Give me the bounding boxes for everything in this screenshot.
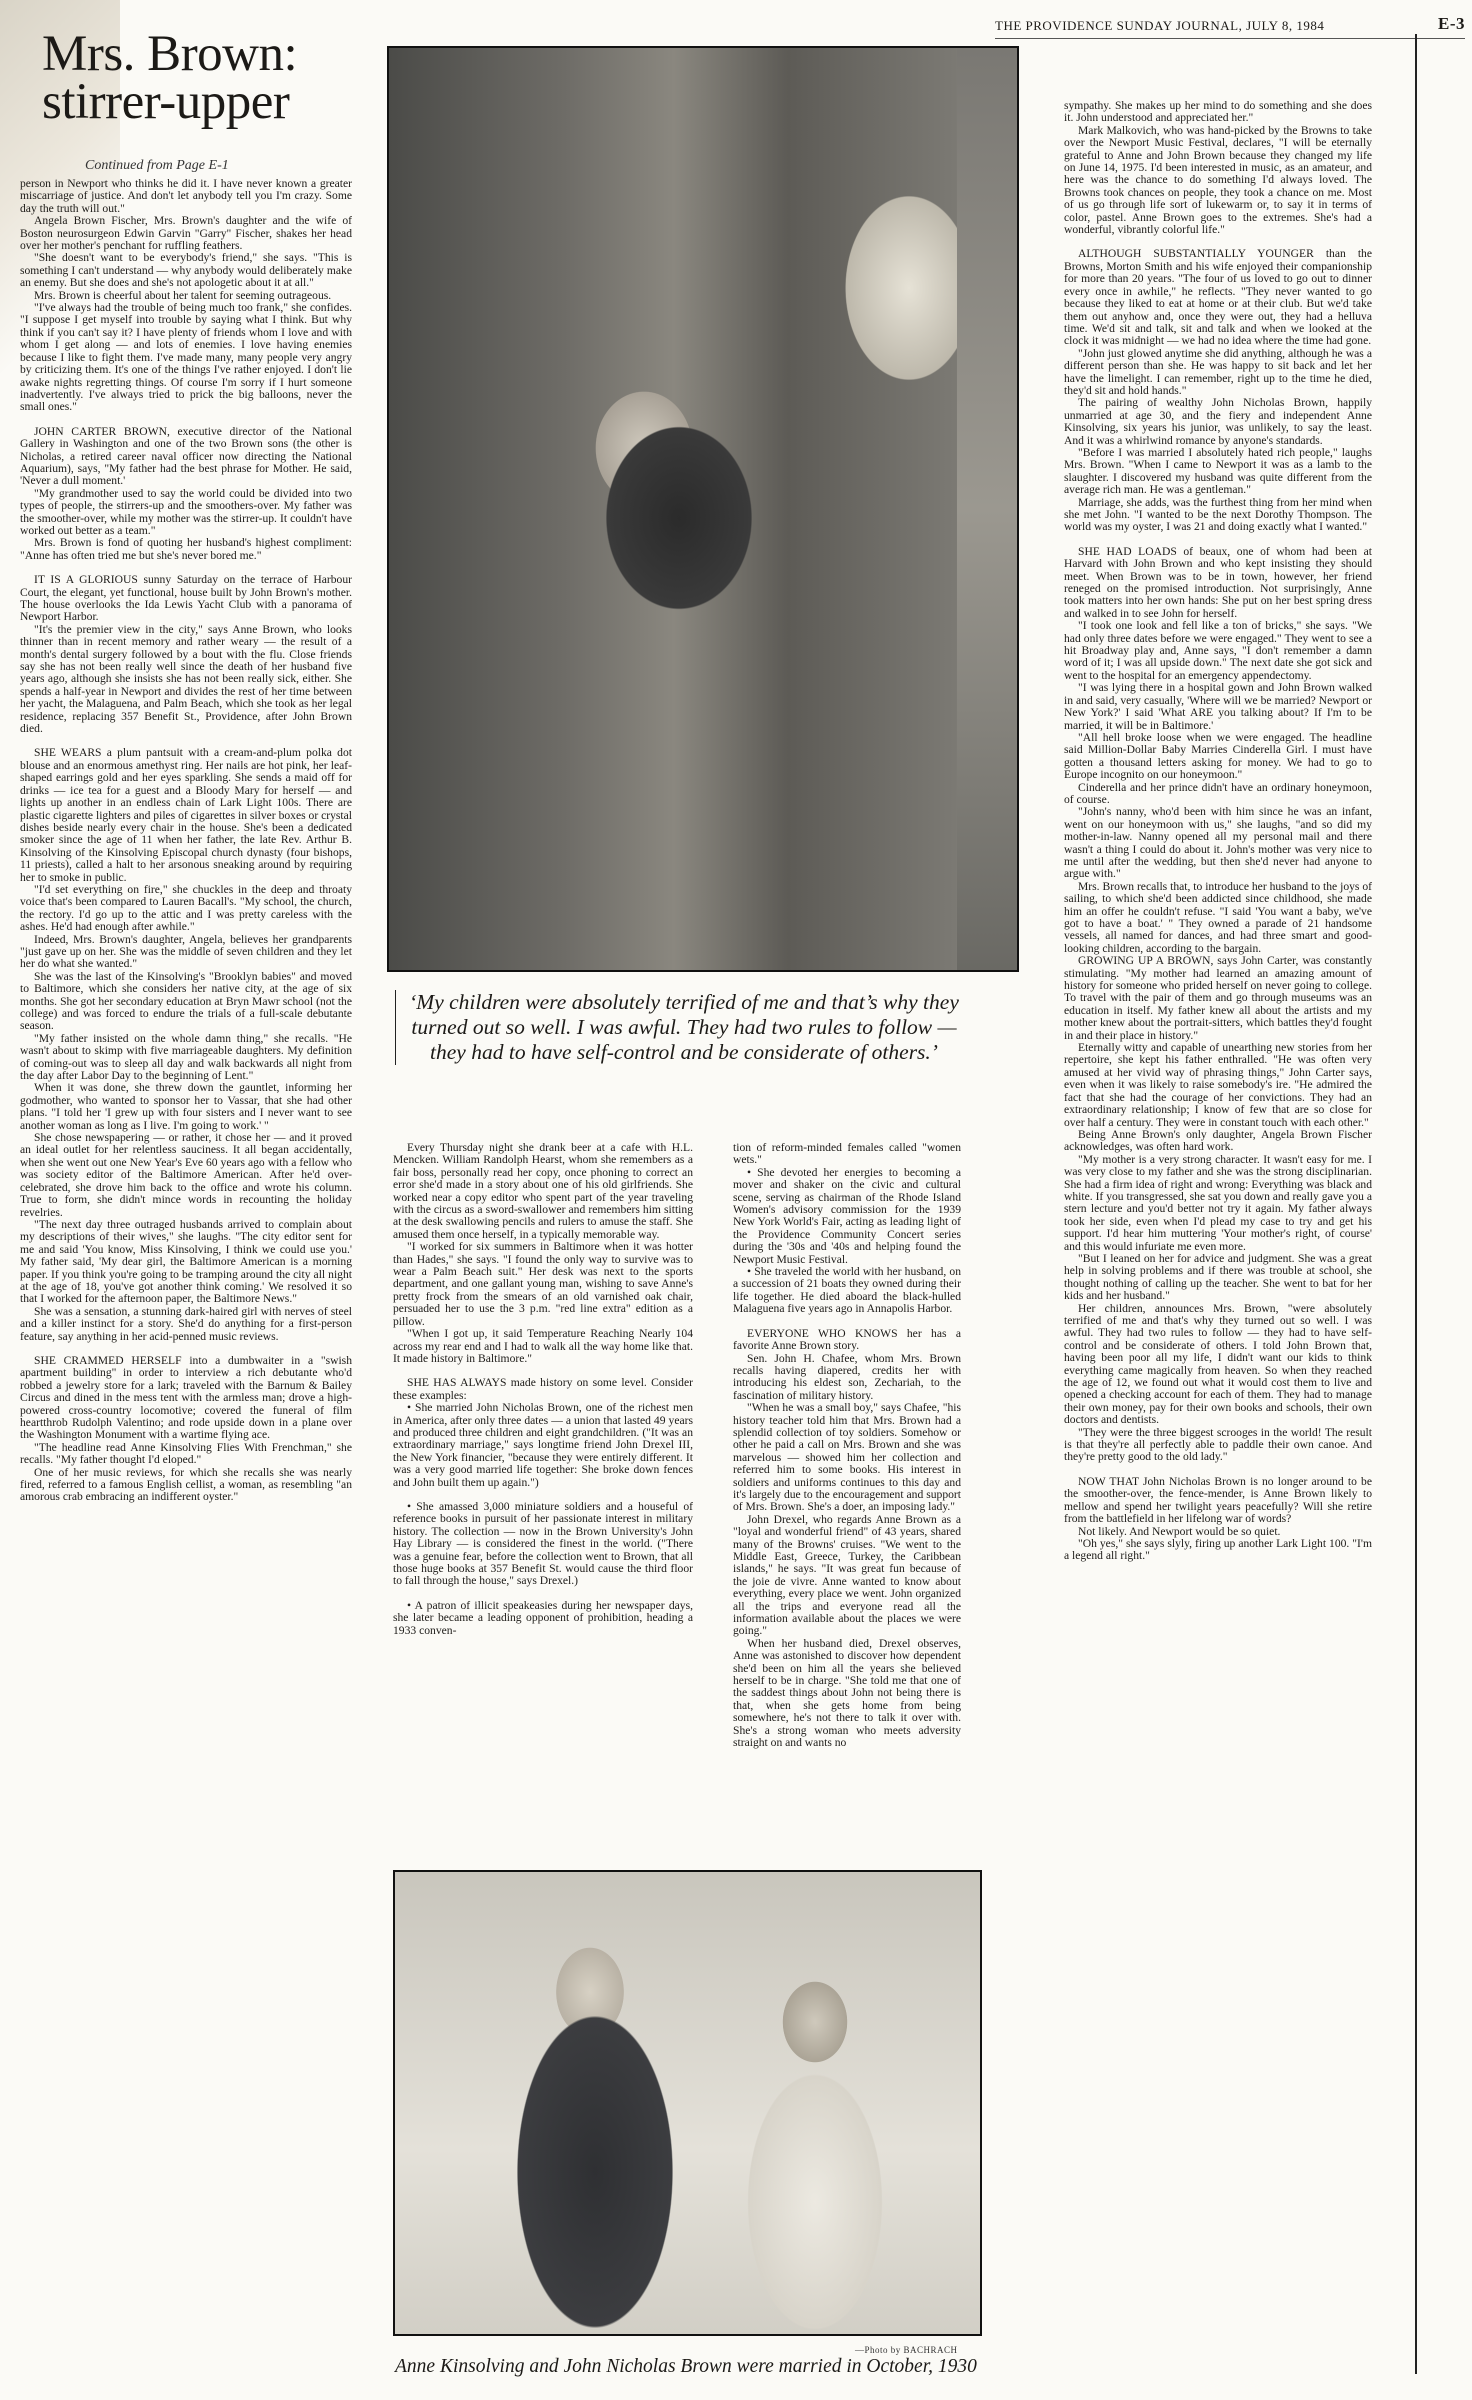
paragraph: "They were the three biggest scrooges in… xyxy=(1064,1427,1372,1464)
bullet-paragraph: • A patron of illicit speakeasies during… xyxy=(393,1600,693,1637)
paragraph: "I took one look and fell like a ton of … xyxy=(1064,620,1372,682)
masthead: THE PROVIDENCE SUNDAY JOURNAL, JULY 8, 1… xyxy=(995,6,1465,39)
column-2: Every Thursday night she drank beer at a… xyxy=(393,1142,693,1637)
bullet-paragraph: • She amassed 3,000 miniature soldiers a… xyxy=(393,1501,693,1588)
paragraph: "My father insisted on the whole damn th… xyxy=(20,1033,352,1083)
paragraph: Marriage, she adds, was the furthest thi… xyxy=(1064,497,1372,534)
paragraph: John Drexel, who regards Anne Brown as a… xyxy=(733,1514,961,1638)
column-3: tion of reform-minded females called "wo… xyxy=(733,1142,961,1750)
paragraph: Cinderella and her prince didn't have an… xyxy=(1064,782,1372,807)
paragraph: She chose newspapering — or rather, it c… xyxy=(20,1132,352,1219)
paragraph: "John's nanny, who'd been with him since… xyxy=(1064,806,1372,880)
paragraph: "My mother is a very strong character. I… xyxy=(1064,1154,1372,1253)
section-lead: EVERYONE WHO KNOWS her has a favorite An… xyxy=(733,1328,961,1353)
paragraph: She was a sensation, a stunning dark-hai… xyxy=(20,1306,352,1343)
section-lead: NOW THAT John Nicholas Brown is no longe… xyxy=(1064,1476,1372,1526)
paragraph: "It's the premier view in the city," say… xyxy=(20,624,352,736)
section-lead: IT IS A GLORIOUS sunny Saturday on the t… xyxy=(20,574,352,624)
section-lead: ALTHOUGH SUBSTANTIALLY YOUNGER than the … xyxy=(1064,248,1372,347)
bullet-paragraph: • She devoted her energies to becoming a… xyxy=(733,1167,961,1266)
paragraph: Mrs. Brown recalls that, to introduce he… xyxy=(1064,881,1372,955)
paragraph: The pairing of wealthy John Nicholas Bro… xyxy=(1064,397,1372,447)
paragraph: sympathy. She makes up her mind to do so… xyxy=(1064,100,1372,125)
bullet-paragraph: • She married John Nicholas Brown, one o… xyxy=(393,1402,693,1489)
paragraph: "Before I was married I absolutely hated… xyxy=(1064,447,1372,497)
pull-quote: ‘My children were absolutely terrified o… xyxy=(395,990,964,1065)
paragraph: Mark Malkovich, who was hand-picked by t… xyxy=(1064,125,1372,237)
photo-anne-brown-portrait xyxy=(387,46,961,972)
page-number: E-3 xyxy=(1438,14,1465,34)
paragraph: "John just glowed anytime she did anythi… xyxy=(1064,348,1372,398)
paragraph: "The next day three outraged husbands ar… xyxy=(20,1219,352,1306)
continued-from: Continued from Page E-1 xyxy=(85,158,229,174)
paragraph: "I've always had the trouble of being mu… xyxy=(20,302,352,414)
headline: Mrs. Brown: stirrer-upper xyxy=(42,30,342,126)
column-1: person in Newport who thinks he did it. … xyxy=(20,178,352,1504)
photo-top-edge xyxy=(957,46,1019,972)
bullet-paragraph: • She traveled the world with her husban… xyxy=(733,1266,961,1316)
paragraph: Indeed, Mrs. Brown's daughter, Angela, b… xyxy=(20,934,352,971)
paragraph: Mrs. Brown is fond of quoting her husban… xyxy=(20,537,352,562)
paragraph: "I worked for six summers in Baltimore w… xyxy=(393,1241,693,1328)
section-lead: SHE HAD LOADS of beaux, one of whom had … xyxy=(1064,546,1372,620)
paragraph: When it was done, she threw down the gau… xyxy=(20,1082,352,1132)
paragraph: person in Newport who thinks he did it. … xyxy=(20,178,352,215)
newspaper-page: THE PROVIDENCE SUNDAY JOURNAL, JULY 8, 1… xyxy=(0,0,1472,2400)
paragraph: Sen. John H. Chafee, whom Mrs. Brown rec… xyxy=(733,1353,961,1403)
paragraph: Every Thursday night she drank beer at a… xyxy=(393,1142,693,1241)
photo-wedding-portrait xyxy=(393,1870,982,2336)
paragraph: "The headline read Anne Kinsolving Flies… xyxy=(20,1442,352,1467)
paragraph: Angela Brown Fischer, Mrs. Brown's daugh… xyxy=(20,215,352,252)
paragraph: When her husband died, Drexel observes, … xyxy=(733,1638,961,1750)
paragraph: "When he was a small boy," says Chafee, … xyxy=(733,1402,961,1514)
publication-line: THE PROVIDENCE SUNDAY JOURNAL, JULY 8, 1… xyxy=(995,18,1324,34)
section-lead: SHE CRAMMED HERSELF into a dumbwaiter in… xyxy=(20,1355,352,1442)
paragraph: "I'd set everything on fire," she chuckl… xyxy=(20,884,352,934)
paragraph: She was the last of the Kinsolving's "Br… xyxy=(20,971,352,1033)
section-lead: SHE HAS ALWAYS made history on some leve… xyxy=(393,1377,693,1402)
paragraph: tion of reform-minded females called "wo… xyxy=(733,1142,961,1167)
paragraph: Eternally witty and capable of unearthin… xyxy=(1064,1042,1372,1129)
photo-credit: —Photo by BACHRACH xyxy=(855,2345,958,2355)
paragraph: "All hell broke loose when we were engag… xyxy=(1064,732,1372,782)
paragraph: "When I got up, it said Temperature Reac… xyxy=(393,1328,693,1365)
paragraph: Her children, announces Mrs. Brown, "wer… xyxy=(1064,1303,1372,1427)
column-rule xyxy=(1415,34,1417,2374)
photo-caption: Anne Kinsolving and John Nicholas Brown … xyxy=(395,2356,1035,2378)
paragraph: "My grandmother used to say the world co… xyxy=(20,488,352,538)
paragraph: "But I leaned on her for advice and judg… xyxy=(1064,1253,1372,1303)
paragraph: One of her music reviews, for which she … xyxy=(20,1467,352,1504)
paragraph: "I was lying there in a hospital gown an… xyxy=(1064,682,1372,732)
section-lead: JOHN CARTER BROWN, executive director of… xyxy=(20,426,352,488)
paragraph: GROWING UP A BROWN, says John Carter, wa… xyxy=(1064,955,1372,1042)
column-4: sympathy. She makes up her mind to do so… xyxy=(1064,100,1372,1563)
paragraph: Being Anne Brown's only daughter, Angela… xyxy=(1064,1129,1372,1154)
section-lead: SHE WEARS a plum pantsuit with a cream-a… xyxy=(20,747,352,883)
paragraph: "She doesn't want to be everybody's frie… xyxy=(20,252,352,289)
paragraph: "Oh yes," she says slyly, firing up anot… xyxy=(1064,1538,1372,1563)
